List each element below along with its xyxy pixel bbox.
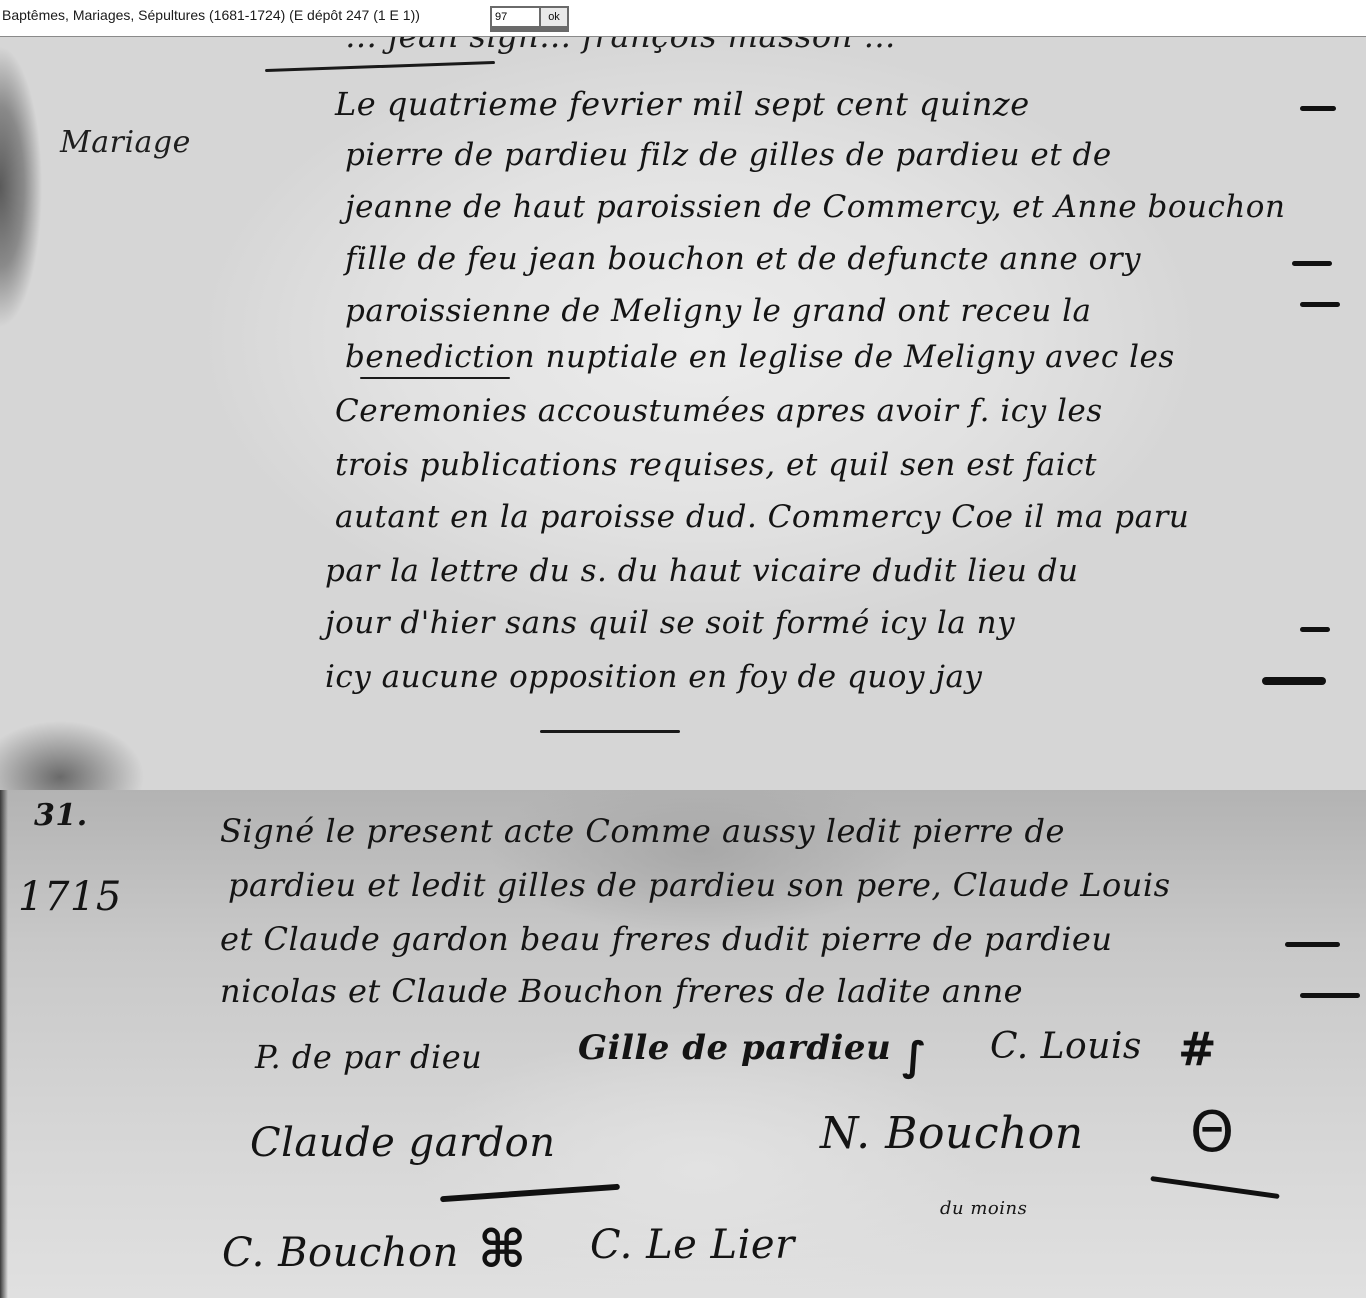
signature-underline-stroke <box>440 1184 620 1203</box>
scan-lower-section: 31. 1715 Signé le present acte Comme aus… <box>0 790 1366 1298</box>
cut-off-top-line: … jean sign… françois masson … <box>345 37 896 55</box>
manuscript-line-10: par la lettre du s. du haut vicaire dudi… <box>325 553 1079 589</box>
signature-hash-mark: # <box>1178 1022 1217 1076</box>
signature-annotation-du-moins: du moins <box>940 1198 1027 1219</box>
manuscript-line-9: autant en la paroisse dud. Commercy Coe … <box>335 499 1189 535</box>
signature-paraph-mark: ∫ <box>902 1034 926 1080</box>
signature-loop-mark: Θ <box>1190 1100 1234 1165</box>
document-title: Baptêmes, Mariages, Sépultures (1681-172… <box>2 7 420 23</box>
manuscript-line-5: paroissienne de Meligny le grand ont rec… <box>345 293 1092 329</box>
signature-knot-mark: ⌘ <box>478 1220 526 1280</box>
separator-stroke <box>265 61 495 72</box>
document-image-viewer[interactable]: … jean sign… françois masson … Mariage L… <box>0 37 1366 1298</box>
manuscript-line-16: nicolas et Claude Bouchon freres de ladi… <box>220 972 1023 1010</box>
signature-underline-stroke <box>1150 1176 1279 1199</box>
line-end-flourish <box>1292 261 1332 266</box>
page-navigation-form: ok <box>490 6 569 32</box>
top-bar: Baptêmes, Mariages, Sépultures (1681-172… <box>0 0 1366 37</box>
scan-upper-section: … jean sign… françois masson … Mariage L… <box>0 37 1366 790</box>
manuscript-line-15: et Claude gardon beau freres dudit pierr… <box>220 920 1112 958</box>
manuscript-line-12: icy aucune opposition en foy de quoy jay <box>325 659 982 695</box>
manuscript-line-8: trois publications requises, et quil sen… <box>335 447 1097 483</box>
manuscript-line-4: fille de feu jean bouchon et de defuncte… <box>345 241 1141 277</box>
signature-c-bouchon: C. Bouchon <box>222 1230 459 1276</box>
manuscript-line-7: Ceremonies accoustumées apres avoir f. i… <box>335 393 1103 429</box>
signature-n-bouchon: N. Bouchon <box>820 1108 1084 1159</box>
line-end-flourish <box>1300 106 1336 111</box>
manuscript-line-2: pierre de pardieu filz de gilles de pard… <box>345 137 1112 173</box>
line-end-flourish <box>1285 942 1340 947</box>
manuscript-line-1: Le quatrieme fevrier mil sept cent quinz… <box>335 85 1030 123</box>
manuscript-line-6: benediction nuptiale en leglise de Melig… <box>345 339 1175 375</box>
line-end-flourish <box>1300 302 1340 307</box>
manuscript-line-14: pardieu et ledit gilles de pardieu son p… <box>228 866 1171 904</box>
margin-note-mariage: Mariage <box>60 125 191 160</box>
ink-blot <box>1262 677 1326 685</box>
margin-act-number: 31. <box>34 798 88 833</box>
underline-nuptiale <box>360 377 510 379</box>
signature-c-louis: C. Louis <box>990 1026 1142 1067</box>
signature-c-le-lier: C. Le Lier <box>590 1222 795 1268</box>
manuscript-line-13: Signé le present acte Comme aussy ledit … <box>220 812 1065 850</box>
page-number-input[interactable] <box>492 8 539 26</box>
line-end-flourish <box>1300 627 1330 632</box>
signature-pierre-de-pardieu: P. de par dieu <box>255 1038 482 1076</box>
manuscript-line-11: jour d'hier sans quil se soit formé icy … <box>325 605 1015 641</box>
closing-stroke <box>540 730 680 733</box>
line-end-flourish <box>1300 993 1360 998</box>
margin-year: 1715 <box>18 874 122 920</box>
signature-gilles-de-pardieu: Gille de pardieu <box>578 1028 891 1068</box>
ok-button[interactable]: ok <box>541 8 567 26</box>
signature-claude-gardon: Claude gardon <box>250 1120 556 1166</box>
manuscript-line-3: jeanne de haut paroissien de Commercy, e… <box>345 189 1285 225</box>
